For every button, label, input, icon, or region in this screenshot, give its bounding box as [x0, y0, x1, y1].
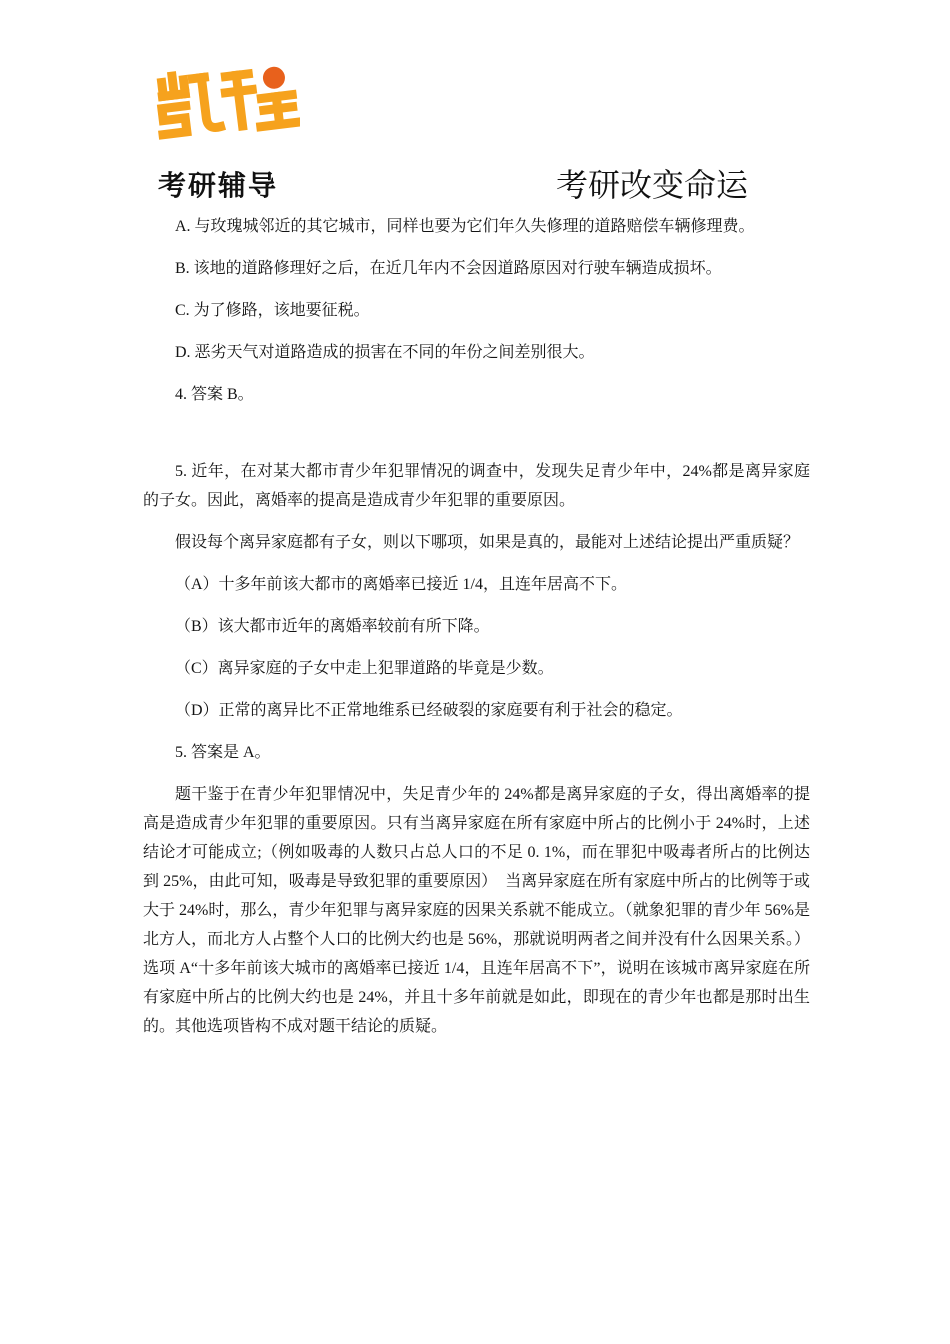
- option-a-q5: （A）十多年前该大都市的离婚率已接近 1/4，且连年居高不下。: [143, 570, 810, 599]
- paragraph-gap: [143, 422, 810, 457]
- kaicheng-logo-icon: [150, 66, 300, 162]
- option-d-q4: D. 恶劣天气对道路造成的损害在不同的年份之间差别很大。: [143, 338, 810, 367]
- logo-dot: [262, 66, 287, 90]
- option-b-q4: B. 该地的道路修理好之后，在近几年内不会因道路原因对行驶车辆造成损坏。: [143, 254, 810, 283]
- document-page: 考研辅导 考研改变命运 A. 与玫瑰城邻近的其它城市，同样也要为它们年久失修理的…: [0, 0, 950, 1344]
- document-body: A. 与玫瑰城邻近的其它城市，同样也要为它们年久失修理的道路赔偿车辆修理费。 B…: [143, 212, 810, 1054]
- option-c-q5: （C）离异家庭的子女中走上犯罪道路的毕竟是少数。: [143, 654, 810, 683]
- question-5-prompt: 假设每个离异家庭都有子女，则以下哪项，如果是真的，最能对上述结论提出严重质疑？: [143, 528, 810, 557]
- answer-q5: 5. 答案是 A。: [143, 738, 810, 767]
- option-c-q4: C. 为了修路，该地要征税。: [143, 296, 810, 325]
- logo-subtitle: 考研辅导: [158, 164, 320, 204]
- explanation-q5: 题干鉴于在青少年犯罪情况中，失足青少年的 24%都是离异家庭的子女，得出离婚率的…: [143, 780, 810, 1041]
- option-d-q5: （D）正常的离异比不正常地维系已经破裂的家庭要有利于社会的稳定。: [143, 696, 810, 725]
- option-b-q5: （B）该大都市近年的离婚率较前有所下降。: [143, 612, 810, 641]
- answer-q4: 4. 答案 B。: [143, 380, 810, 409]
- option-a-q4: A. 与玫瑰城邻近的其它城市，同样也要为它们年久失修理的道路赔偿车辆修理费。: [143, 212, 810, 241]
- question-5-stem: 5. 近年，在对某大都市青少年犯罪情况的调查中，发现失足青少年中，24%都是离异…: [143, 457, 810, 515]
- brand-logo-block: 考研辅导: [150, 66, 320, 204]
- header-slogan: 考研改变命运: [556, 160, 748, 206]
